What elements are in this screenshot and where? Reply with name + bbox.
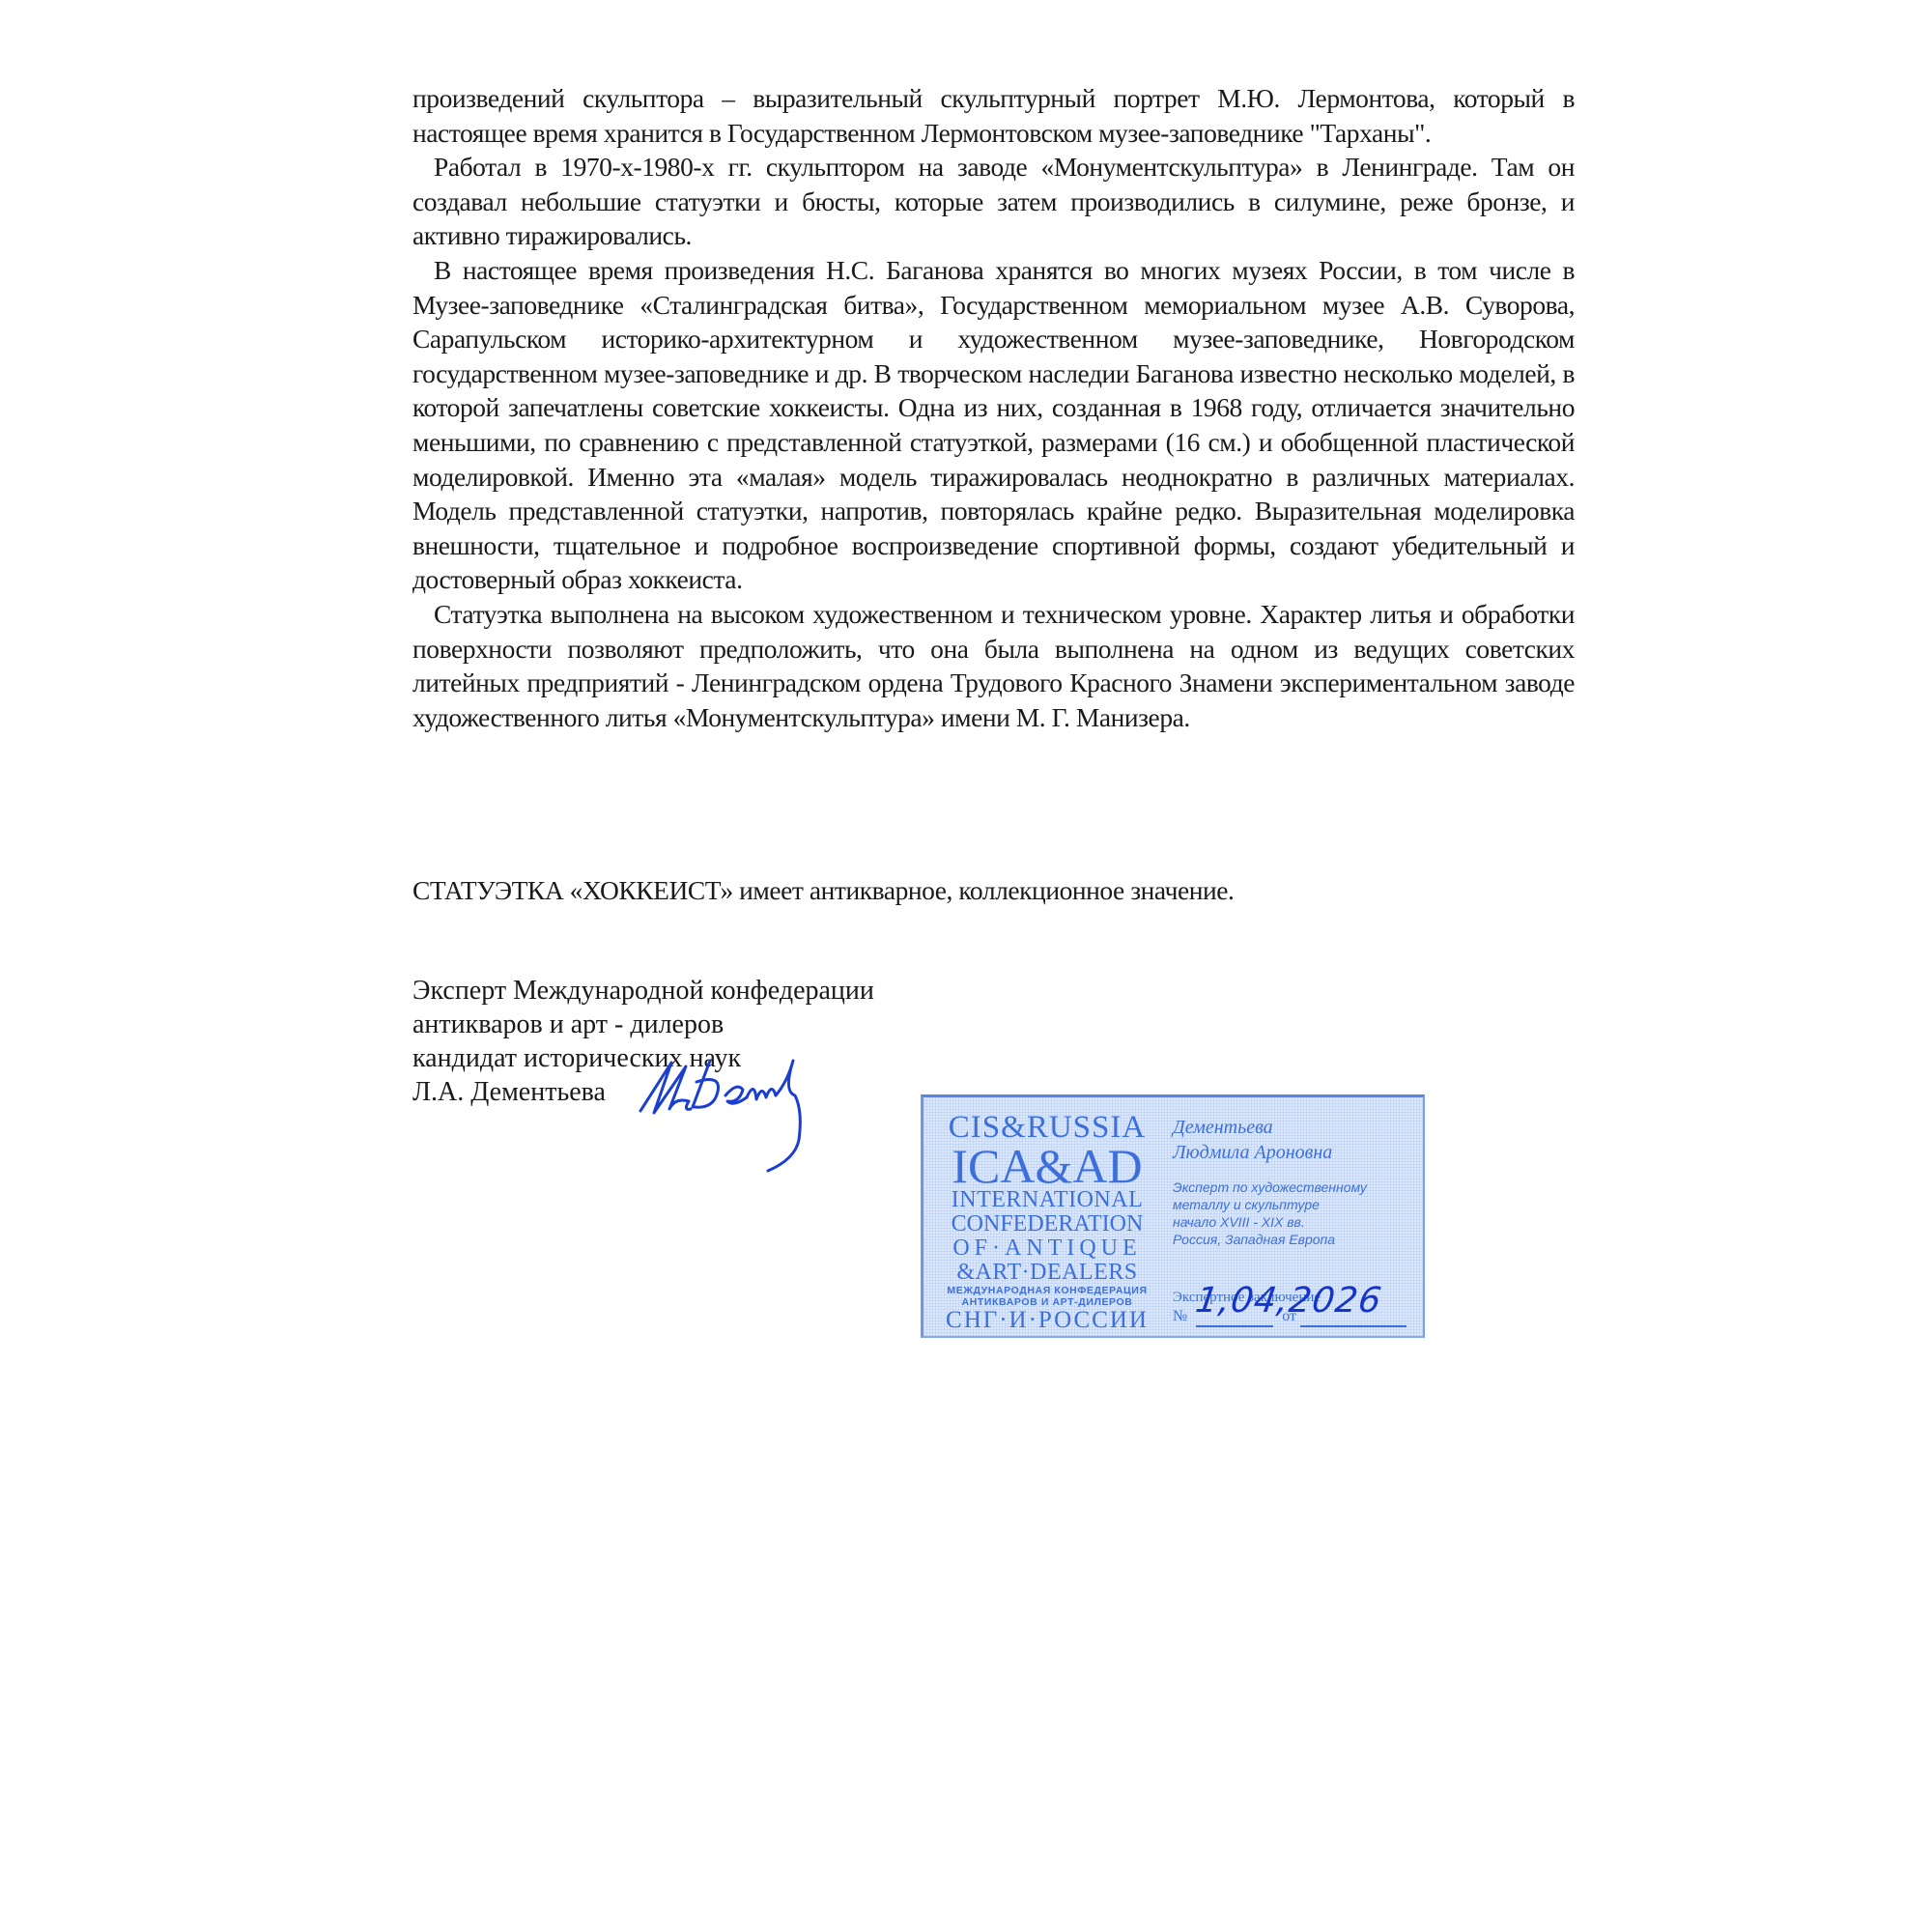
stamp-specialization: Эксперт по художественному металлу и ску… <box>1173 1179 1419 1248</box>
handwritten-signature <box>633 1053 845 1179</box>
paragraph: Статуэтка выполнена на высоком художеств… <box>412 597 1575 734</box>
document-page: произведений скульптора – выразительный … <box>0 0 1932 1932</box>
paragraph: В настоящее время произведения Н.С. Бага… <box>412 253 1575 597</box>
stamp-expert-surname: Дементьева <box>1173 1115 1419 1140</box>
signer-title-line: антикваров и арт - дилеров <box>412 1008 874 1041</box>
stamp-expert-name: Людмила Ароновна <box>1173 1140 1419 1165</box>
stamp-expert-details: Дементьева Людмила Ароновна Эксперт по х… <box>1173 1115 1419 1248</box>
document-body: произведений скульптора – выразительный … <box>412 81 1575 734</box>
handwritten-date: 1,04,2026 <box>1193 1281 1384 1321</box>
stamp-date-underline <box>1300 1325 1406 1327</box>
expert-stamp: CIS&RUSSIA ICA&AD INTERNATIONAL CONFEDER… <box>921 1094 1425 1338</box>
stamp-number-label: № <box>1173 1308 1187 1324</box>
paragraph: Работал в 1970-х-1980-х гг. скульптором … <box>412 150 1575 253</box>
signer-title-line: Эксперт Международной конфедерации <box>412 974 874 1008</box>
stamp-organization-logo: CIS&RUSSIA ICA&AD INTERNATIONAL CONFEDER… <box>937 1111 1157 1333</box>
stamp-number-underline <box>1196 1325 1273 1327</box>
conclusion-statement: СТАТУЭТКА «ХОККЕИСТ» имеет антикварное, … <box>412 873 1234 907</box>
paragraph: произведений скульптора – выразительный … <box>412 81 1575 150</box>
